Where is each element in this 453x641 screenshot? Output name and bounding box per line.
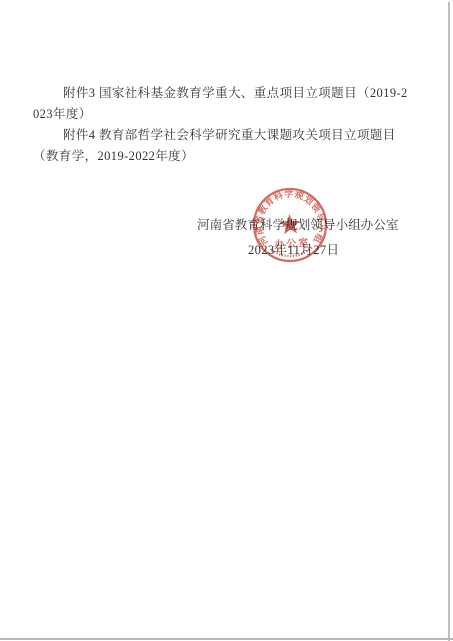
document-page: 附件3 国家社科基金教育学重大、重点项目立项题目（2019-2 023年度） 附… — [0, 0, 453, 641]
page-right-edge — [448, 2, 450, 641]
official-seal-stamp: 河南省教育科学规划领导小组 办公室 — [226, 161, 354, 289]
page-bottom-edge — [0, 638, 453, 640]
attachment-3-line-1: 附件3 国家社科基金教育学重大、重点项目立项题目（2019-2 — [63, 87, 408, 100]
seal-star-icon — [279, 213, 301, 234]
seal-office-label: 办公室 — [274, 236, 311, 251]
attachment-4-line-1: 附件4 教育部哲学社会科学研究重大课题攻关项目立项题目 — [63, 129, 396, 142]
attachment-3-line-2: 023年度） — [33, 108, 92, 121]
attachment-4-line-2: （教育学，2019-2022年度） — [33, 150, 194, 163]
